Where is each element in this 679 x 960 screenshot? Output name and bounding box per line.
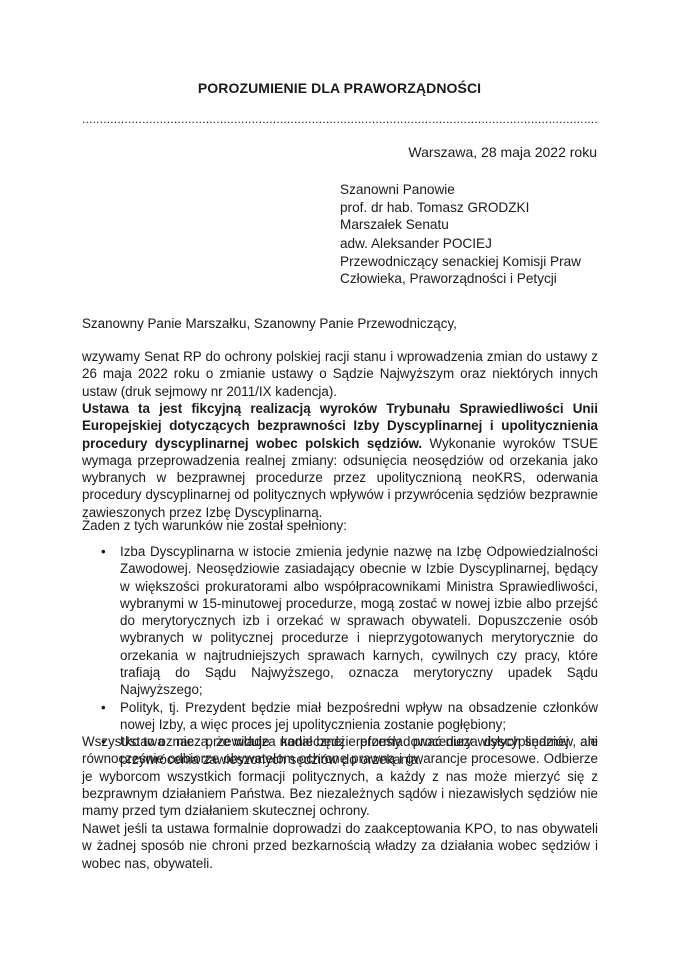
paragraph-1: wzywamy Senat RP do ochrony polskiej rac…: [82, 348, 598, 400]
date-line: Warszawa, 28 maja 2022 roku: [408, 144, 597, 160]
recipients-greeting: Szanowni Panowie: [340, 181, 529, 199]
list-item: •Polityk, tj. Prezydent będzie miał bezp…: [82, 699, 598, 734]
bullet-icon: •: [101, 699, 106, 716]
recipient2-name: adw. Aleksander POCIEJ: [340, 235, 581, 253]
paragraph-5: Nawet jeśli ta ustawa formalnie doprowad…: [82, 820, 598, 872]
document-page: POROZUMIENIE DLA PRAWORZĄDNOŚCI ........…: [0, 0, 679, 960]
paragraph-2: Ustawa ta jest fikcyjną realizacją wyrok…: [82, 400, 598, 521]
paragraph-4: Wszystko to oznacza, że władza nadal będ…: [82, 733, 598, 819]
recipient1-title: Marszałek Senatu: [340, 216, 529, 234]
recipient2-title-line1: Przewodniczący senackiej Komisji Praw: [340, 253, 581, 271]
recipient1-name: prof. dr hab. Tomasz GRODZKI: [340, 199, 529, 217]
bullet-icon: •: [101, 543, 106, 560]
recipient-block-2: adw. Aleksander POCIEJ Przewodniczący se…: [340, 235, 581, 288]
document-title: POROZUMIENIE DLA PRAWORZĄDNOŚCI: [0, 80, 679, 96]
dotted-separator: ........................................…: [82, 112, 598, 126]
salutation: Szanowny Panie Marszałku, Szanowny Panie…: [82, 315, 598, 332]
paragraph-3: Żaden z tych warunków nie został spełnio…: [82, 517, 598, 534]
recipient2-title-line2: Człowieka, Praworządności i Petycji: [340, 270, 581, 288]
list-item: •Izba Dyscyplinarna w istocie zmienia je…: [82, 543, 598, 699]
recipient-block-1: Szanowni Panowie prof. dr hab. Tomasz GR…: [340, 181, 529, 234]
